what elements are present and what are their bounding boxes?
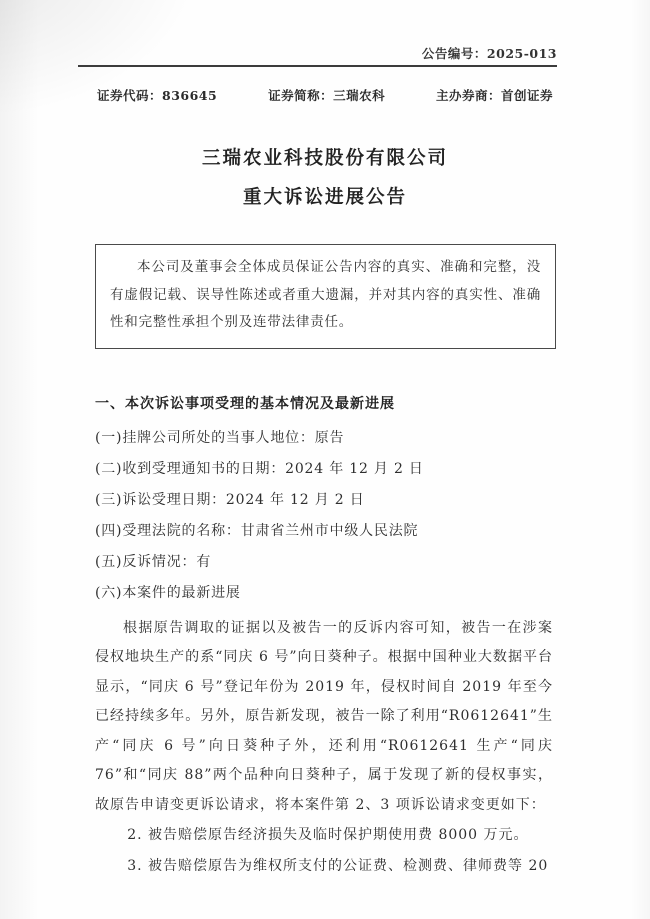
item-counterclaim: (五)反诉情况：有 [95, 547, 555, 578]
disclaimer-box: 本公司及董事会全体成员保证公告内容的真实、准确和完整，没有虚假记载、误导性陈述或… [95, 244, 556, 349]
announcement-number-row: 公告编号：2025-013 [0, 0, 557, 62]
item-latest-progress: (六)本案件的最新进展 [95, 578, 555, 609]
section-1-heading: 一、本次诉讼事项受理的基本情况及最新进展 [95, 393, 555, 413]
header-rule [78, 65, 557, 67]
item-party-position: (一)挂牌公司所处的当事人地位：原告 [95, 423, 555, 454]
announcement-title: 重大诉讼进展公告 [0, 183, 650, 209]
company-name-title: 三瑞农业科技股份有限公司 [0, 144, 650, 170]
claim-item-3: 3. 被告赔偿原告为维权所支付的公证费、检测费、律师费等 20 [95, 851, 553, 882]
item-acceptance-date: (三)诉讼受理日期：2024 年 12 月 2 日 [95, 485, 555, 516]
case-info-list: (一)挂牌公司所处的当事人地位：原告 (二)收到受理通知书的日期：2024 年 … [95, 423, 555, 609]
progress-paragraph: 根据原告调取的证据以及被告一的反诉内容可知，被告一在涉案侵权地块生产的系“同庆 … [95, 614, 553, 821]
announcement-number: 公告编号：2025-013 [422, 46, 557, 61]
securities-header: 证券代码：836645 证券简称：三瑞农科 主办券商：首创证券 [97, 86, 553, 104]
claim-item-2: 2. 被告赔偿原告经济损失及临时保护期使用费 8000 万元。 [95, 820, 553, 851]
stock-abbr: 证券简称：三瑞农科 [268, 86, 385, 104]
item-court-name: (四)受理法院的名称：甘肃省兰州市中级人民法院 [95, 516, 555, 547]
sponsor: 主办券商：首创证券 [436, 86, 553, 104]
stock-code: 证券代码：836645 [97, 86, 217, 104]
disclaimer-text: 本公司及董事会全体成员保证公告内容的真实、准确和完整，没有虚假记载、误导性陈述或… [110, 254, 541, 337]
document-page: 公告编号：2025-013 证券代码：836645 证券简称：三瑞农科 主办券商… [0, 0, 650, 919]
item-notice-date: (二)收到受理通知书的日期：2024 年 12 月 2 日 [95, 454, 555, 485]
